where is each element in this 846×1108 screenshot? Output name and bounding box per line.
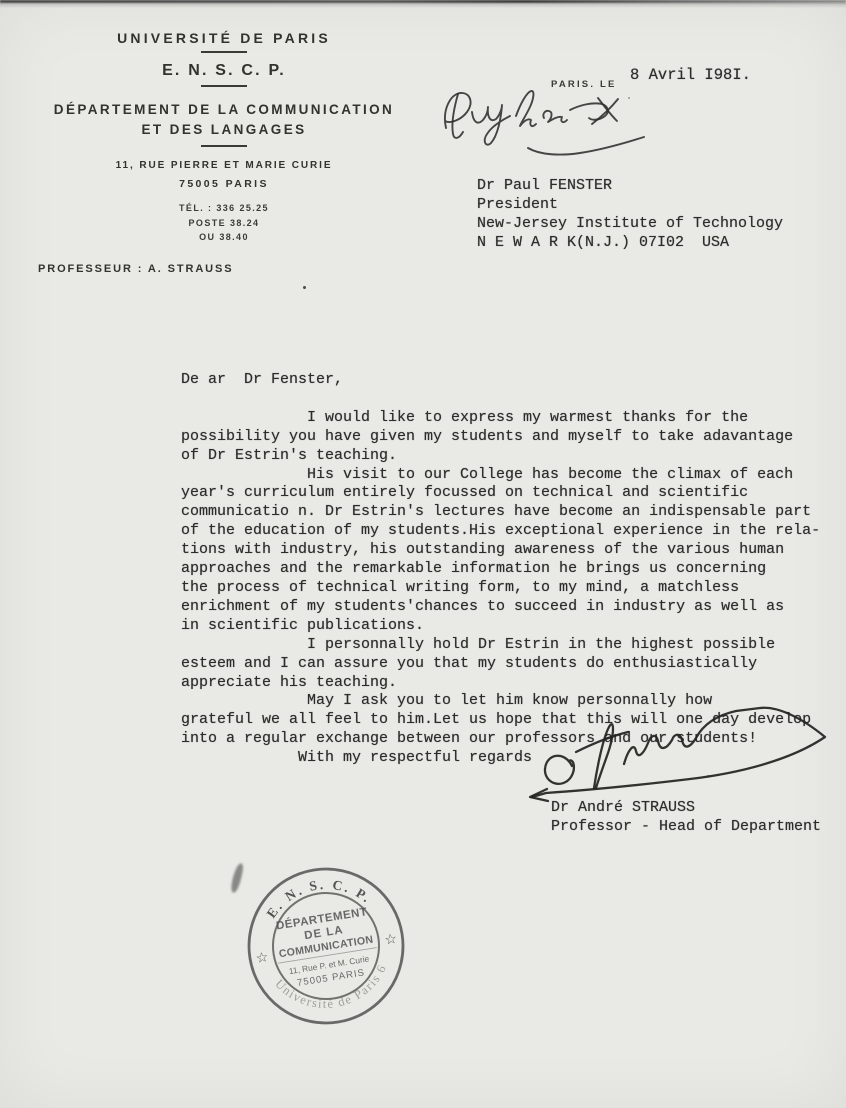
handwritten-duplicate-annotation [440,86,655,164]
scan-top-edge-shadow [0,3,846,8]
signature-stroke [545,756,574,784]
letterhead-rule-3 [201,145,247,147]
letterhead-department: DÉPARTEMENT DE LA COMMUNICATION ET DES L… [28,100,420,140]
handwriting-stroke [452,94,463,138]
letterhead-professor-line: PROFESSEUR : A. STRAUSS [38,263,233,275]
letterhead-university: UNIVERSITÉ DE PARIS [28,30,420,46]
stamp-star-left-icon: ☆ [255,948,270,966]
scan-speck [707,775,710,777]
letterhead-phone: TÉL. : 336 25.25 [28,201,420,216]
letterhead-rule-2 [201,85,247,87]
scanned-letter-page: UNIVERSITÉ DE PARIS E. N. S. C. P. DÉPAR… [0,0,846,1108]
handwriting-underline [528,137,644,155]
letterhead-street: 11, RUE PIERRE ET MARIE CURIE [28,160,420,171]
letterhead-rule-1 [201,51,247,53]
letterhead-department-line2: ET DES LANGAGES [28,120,420,140]
handwriting-stroke [516,91,536,126]
letterhead-phone-block: TÉL. : 336 25.25 POSTE 38.24 OU 38.40 [28,201,420,245]
stamp-star-right-icon: ☆ [383,930,398,948]
dateline-date: 8 Avril I98I. [630,66,751,84]
handwritten-signature [506,706,838,806]
handwriting-stroke [472,105,510,145]
letterhead-phone-ext1: POSTE 38.24 [28,216,420,231]
handwriting-stroke [570,103,608,119]
letterhead: UNIVERSITÉ DE PARIS E. N. S. C. P. DÉPAR… [28,30,420,245]
letterhead-school-acronym: E. N. S. C. P. [28,62,420,80]
letterhead-department-line1: DÉPARTEMENT DE LA COMMUNICATION [28,100,420,120]
letterhead-city: 75005 PARIS [28,178,420,190]
handwriting-stroke [543,111,567,122]
signature-stroke [594,724,613,788]
signer-title: Professor - Head of Department [551,818,821,835]
scan-speck [303,286,306,289]
scan-speck [628,97,630,99]
signer-name: Dr André STRAUSS [551,799,695,816]
letterhead-phone-ext2: OU 38.40 [28,230,420,245]
department-stamp: E. N. S. C. P. Université de Paris 6 ☆ ☆… [240,858,412,1036]
recipient-address-block: Dr Paul FENSTER President New-Jersey Ins… [477,176,783,252]
